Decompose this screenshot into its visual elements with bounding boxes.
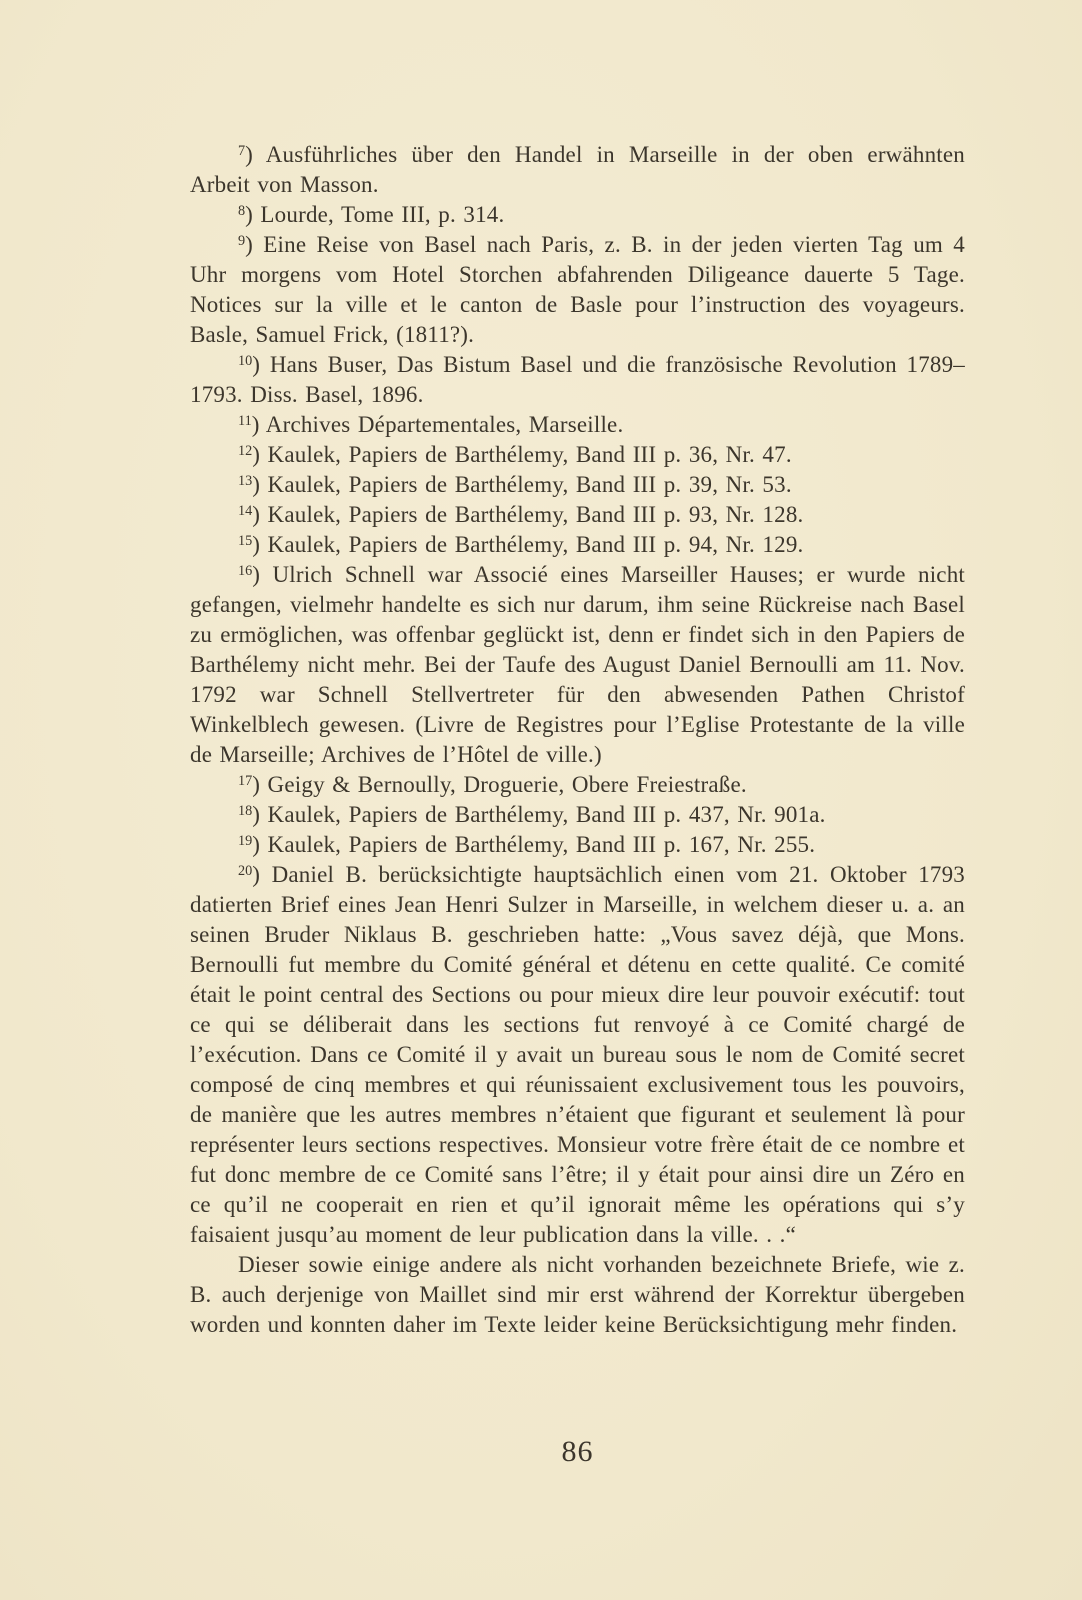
footnote-16: 16) Ulrich Schnell war Associé eines Mar…	[190, 560, 965, 770]
footnote-marker: 20	[238, 863, 252, 879]
footnote-text: ) Geigy & Bernoully, Droguerie, Obere Fr…	[252, 772, 747, 797]
footnote-8: 8) Lourde, Tome III, p. 314.	[190, 200, 965, 230]
footnote-text: ) Kaulek, Papiers de Barthélemy, Band II…	[252, 532, 803, 557]
footnote-7: 7) Ausführliches über den Handel in Mars…	[190, 140, 965, 200]
page-number: 86	[190, 1432, 965, 1472]
footnote-text: ) Lourde, Tome III, p. 314.	[245, 202, 504, 227]
footnote-marker: 14	[238, 503, 252, 519]
footnote-marker: 10	[238, 353, 252, 369]
footnote-marker: 18	[238, 803, 252, 819]
footnote-text: ) Archives Départementales, Marseille.	[252, 412, 624, 437]
footnote-marker: 16	[238, 563, 252, 579]
footnote-marker: 13	[238, 473, 252, 489]
footnote-18: 18) Kaulek, Papiers de Barthélemy, Band …	[190, 800, 965, 830]
closing-paragraph: Dieser sowie einige andere als nicht vor…	[190, 1250, 965, 1340]
footnote-10: 10) Hans Buser, Das Bistum Basel und die…	[190, 350, 965, 410]
footnote-text: ) Kaulek, Papiers de Barthélemy, Band II…	[252, 442, 792, 467]
footnote-marker: 12	[238, 443, 252, 459]
footnote-9: 9) Eine Reise von Basel nach Paris, z. B…	[190, 230, 965, 350]
footnote-text: ) Kaulek, Papiers de Barthélemy, Band II…	[252, 472, 792, 497]
footnote-text: ) Ausführliches über den Handel in Marse…	[190, 142, 965, 197]
footnote-text: ) Ulrich Schnell war Associé eines Marse…	[190, 562, 965, 767]
footnote-text: ) Kaulek, Papiers de Barthélemy, Band II…	[252, 802, 825, 827]
footnote-15: 15) Kaulek, Papiers de Barthélemy, Band …	[190, 530, 965, 560]
footnote-text: ) Daniel B. berücksichtigte hauptsächlic…	[190, 862, 965, 1247]
footnote-marker: 15	[238, 533, 252, 549]
footnote-20: 20) Daniel B. berücksichtigte hauptsächl…	[190, 860, 965, 1250]
footnote-marker: 17	[238, 773, 252, 789]
footnote-14: 14) Kaulek, Papiers de Barthélemy, Band …	[190, 500, 965, 530]
footnote-12: 12) Kaulek, Papiers de Barthélemy, Band …	[190, 440, 965, 470]
footnote-text: ) Eine Reise von Basel nach Paris, z. B.…	[190, 232, 965, 347]
footnote-19: 19) Kaulek, Papiers de Barthélemy, Band …	[190, 830, 965, 860]
footnote-text: ) Kaulek, Papiers de Barthélemy, Band II…	[252, 832, 815, 857]
footnote-marker: 11	[238, 413, 252, 429]
footnote-13: 13) Kaulek, Papiers de Barthélemy, Band …	[190, 470, 965, 500]
footnote-17: 17) Geigy & Bernoully, Droguerie, Obere …	[190, 770, 965, 800]
footnote-text: ) Kaulek, Papiers de Barthélemy, Band II…	[252, 502, 803, 527]
footnotes-section: 7) Ausführliches über den Handel in Mars…	[190, 140, 965, 1340]
book-page: 7) Ausführliches über den Handel in Mars…	[0, 0, 1082, 1600]
footnote-marker: 19	[238, 833, 252, 849]
footnote-11: 11) Archives Départementales, Marseille.	[190, 410, 965, 440]
footnote-text: ) Hans Buser, Das Bistum Basel und die f…	[190, 352, 965, 407]
